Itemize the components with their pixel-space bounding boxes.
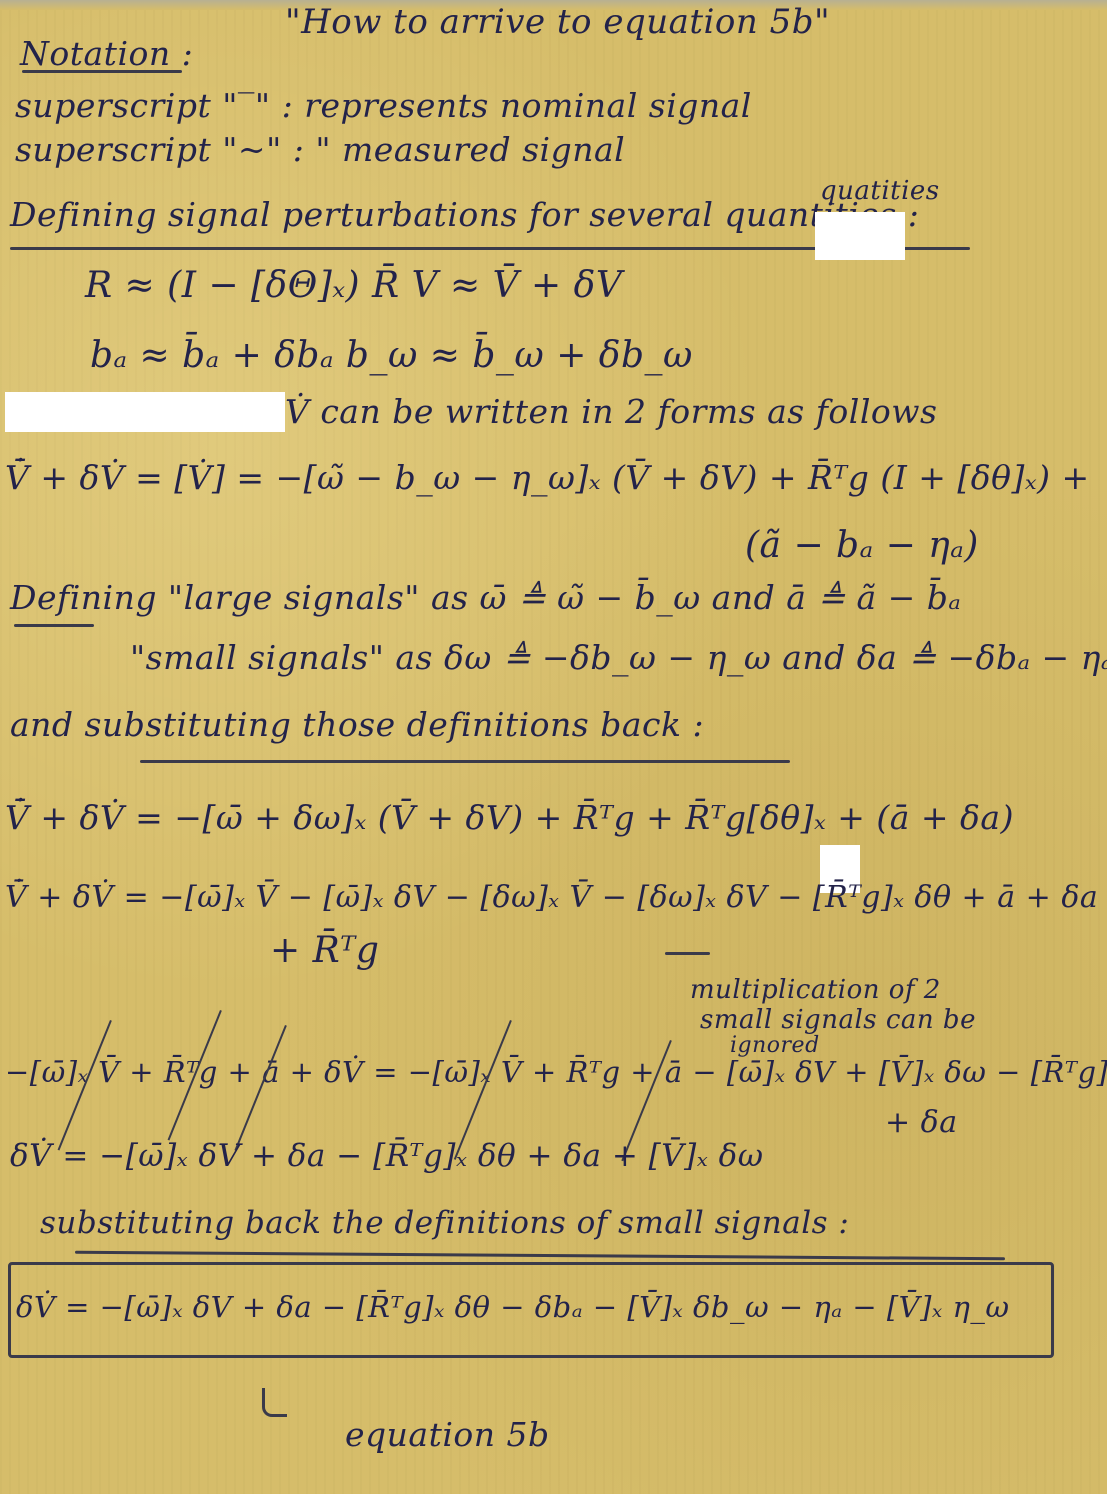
final-boxed-equation: δV̇ = −[ω̄]ₓ δV + δa − [R̄ᵀg]ₓ δθ − δbₐ … [16, 1290, 1009, 1324]
notation-line-1: superscript "‾" : represents nominal sig… [15, 86, 752, 125]
small-signals-definition: "small signals" as δω ≜ −δb_ω − η_ω and … [130, 638, 1107, 677]
arrow-icon [262, 1388, 287, 1417]
redaction-patch [5, 392, 285, 432]
large-signals-definition: Defining "large signals" as ω̄ ≜ ω̃ − b̄… [10, 578, 961, 617]
annotation-line-2: small signals can be [700, 1005, 976, 1035]
perturbation-eq-1: R ≈ (I − [δΘ]ₓ) R̄ V ≈ V̄ + δV [85, 265, 622, 306]
substitution-eq-a: V̄̇ + δV̇ = −[ω̄ + δω]ₓ (V̄ + δV) + R̄ᵀg… [5, 798, 1014, 837]
forms-equation-line-1: V̄̇ + δV̇ = [V̇] = −[ω̃ − b_ω − η_ω]ₓ (V… [5, 458, 1090, 497]
notation-heading: Notation : [20, 34, 193, 73]
final-heading: substituting back the definitions of sma… [40, 1205, 849, 1241]
defining-underline [14, 624, 94, 627]
substitution-eq-b-line-1: V̄̇ + δV̇ = −[ω̄]ₓ V̄ − [ω̄]ₓ δV − [δω]ₓ… [5, 880, 1098, 915]
substitution-eq-d: δV̇ = −[ω̄]ₓ δV + δa − [R̄ᵀg]ₓ δθ + δa +… [10, 1138, 764, 1174]
equation-label: equation 5b [345, 1415, 550, 1454]
substitution-underline [140, 760, 790, 763]
final-underline [75, 1251, 1005, 1260]
notation-line-2: superscript "~" : " measured signal [15, 130, 625, 169]
page-title: "How to arrive to equation 5b" [285, 2, 830, 42]
annotation-line-1: multiplication of 2 [690, 975, 941, 1005]
forms-equation-line-2: (ã − bₐ − ηₐ) [745, 525, 979, 566]
perturbations-heading: Defining signal perturbations for severa… [10, 195, 919, 234]
notation-underline [22, 70, 182, 73]
substitution-eq-c-line-2: + δa [885, 1105, 958, 1140]
substitution-heading: and substituting those definitions back … [10, 705, 704, 744]
substitution-eq-c-line-1: −[ω̄]ₓ V̄ + R̄ᵀg + ā + δV̇ = −[ω̄]ₓ V̄ +… [5, 1055, 1107, 1089]
neglect-marker [665, 952, 710, 955]
forms-intro: V̇ can be written in 2 forms as follows [285, 392, 937, 431]
perturbation-eq-2: bₐ ≈ b̄ₐ + δbₐ b_ω ≈ b̄_ω + δb_ω [90, 335, 693, 376]
substitution-eq-b-line-2: + R̄ᵀg [270, 930, 379, 971]
redaction-patch [815, 212, 905, 260]
